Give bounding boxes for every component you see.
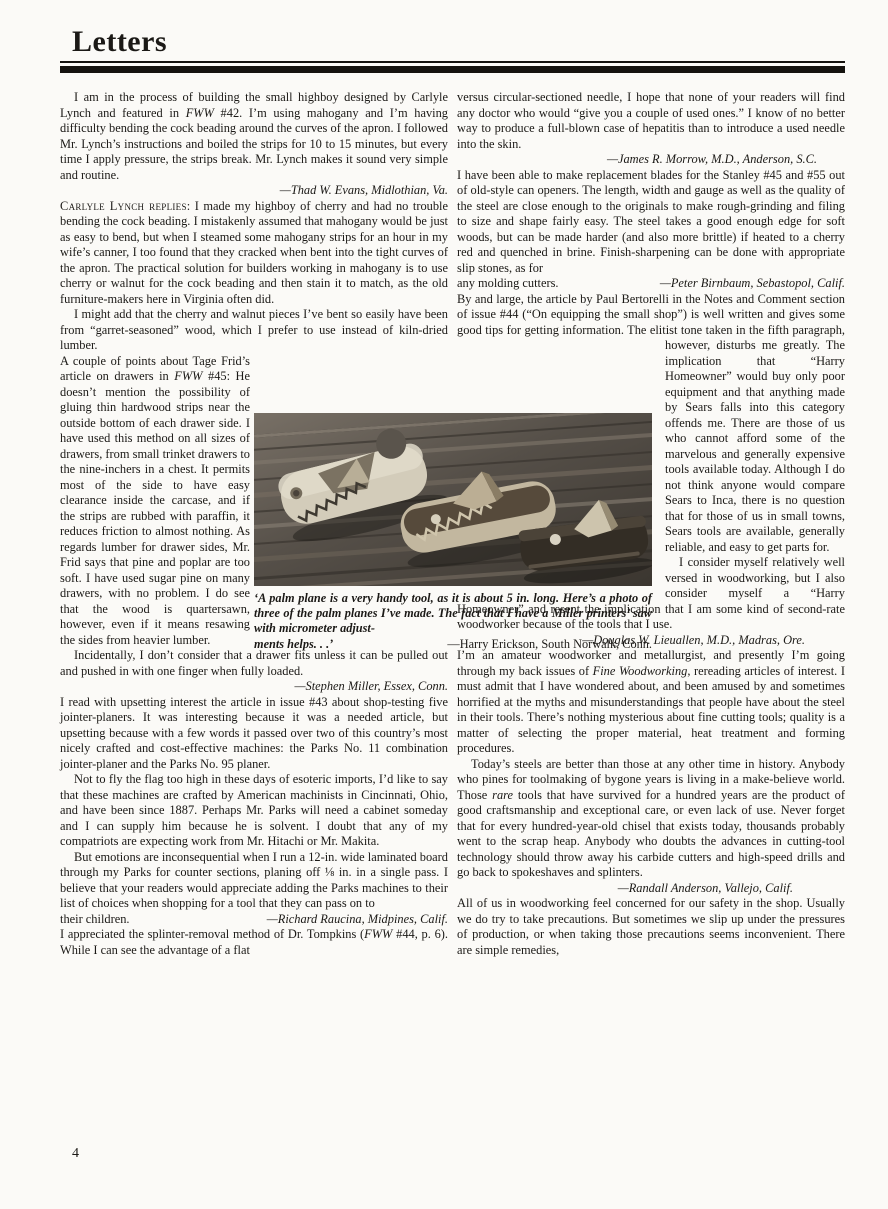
letter-paragraph: I’m an amateur woodworker and metallurgi…: [457, 648, 845, 757]
photo-caption-text: ments helps. . .’: [254, 637, 333, 652]
page-number: 4: [72, 1146, 79, 1162]
letter-paragraph: All of us in woodworking feel concerned …: [457, 896, 845, 958]
photo-block: ‘A palm plane is a very handy tool, as i…: [254, 413, 652, 652]
letter-paragraph: Incidentally, I don’t consider that a dr…: [60, 648, 448, 679]
letter-paragraph: versus circular-sectioned needle, I hope…: [457, 90, 845, 152]
letter-attribution: —James R. Morrow, M.D., Anderson, S.C.: [457, 152, 845, 168]
palm-planes-image: [254, 413, 652, 586]
letter-lastline: any molding cutters. —Peter Birnbaum, Se…: [457, 276, 845, 292]
letter-paragraph: I have been able to make replacement bla…: [457, 168, 845, 277]
letter-attribution: —Peter Birnbaum, Sebastopol, Calif.: [660, 276, 845, 292]
letter-attribution: —Richard Raucina, Midpines, Calif.: [267, 912, 448, 928]
letter-lastline: their children. —Richard Raucina, Midpin…: [60, 912, 448, 928]
photo-caption-text: ‘A palm plane is a very handy tool, as i…: [254, 591, 652, 635]
letter-paragraph: Not to fly the flag too high in these da…: [60, 772, 448, 850]
letter-attribution: —Stephen Miller, Essex, Conn.: [60, 679, 448, 695]
masthead-rule: [60, 66, 845, 73]
letter-paragraph-part: By and large, the article by Paul Bertor…: [457, 292, 845, 337]
palm-planes-photo: ‘A palm plane is a very handy tool, as i…: [254, 413, 652, 652]
letter-paragraph: I am in the process of building the smal…: [60, 90, 448, 183]
page-title: Letters: [60, 26, 845, 63]
letter-paragraph: any molding cutters.: [457, 276, 559, 292]
letter-paragraph: Today’s steels are better than those at …: [457, 757, 845, 881]
letter-paragraph: I might add that the cherry and walnut p…: [60, 307, 448, 354]
photo-caption-lastline: ments helps. . .’ —Harry Erickson, South…: [254, 637, 652, 652]
letter-paragraph-part: however, disturbs me greatly. The implic…: [665, 338, 845, 554]
letter-paragraph: their children.: [60, 912, 130, 928]
letter-attribution: —Randall Anderson, Vallejo, Calif.: [457, 881, 845, 897]
letter-paragraph: But emotions are inconsequential when I …: [60, 850, 448, 912]
letter-paragraph: I read with upsetting interest the artic…: [60, 695, 448, 773]
reply-paragraph: Carlyle Lynch replies: I made my highboy…: [60, 199, 448, 308]
letter-paragraph: I appreciated the splinter-removal metho…: [60, 927, 448, 958]
photo-caption: ‘A palm plane is a very handy tool, as i…: [254, 591, 652, 652]
photo-caption-attribution: —Harry Erickson, South Norwalk, Conn.: [447, 637, 652, 652]
letter-attribution: —Thad W. Evans, Midlothian, Va.: [60, 183, 448, 199]
magazine-page: Letters I am in the process of building …: [0, 0, 888, 1209]
masthead: Letters: [60, 26, 845, 73]
